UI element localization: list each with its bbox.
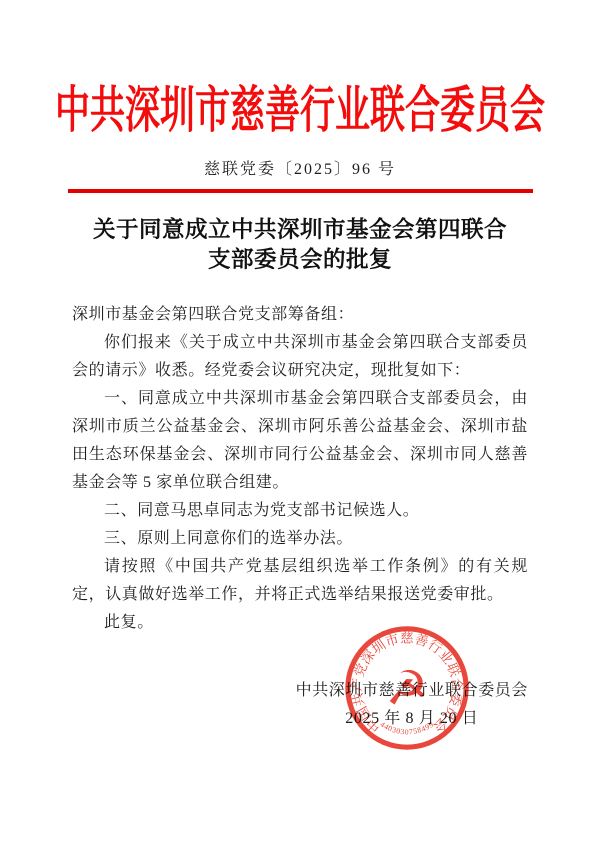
paragraph-item-2: 二、同意马思卓同志为党支部书记候选人。 [72,497,528,525]
signature-org-name: 中共深圳市慈善行业联合委员会 [296,677,528,705]
paragraph-instruction: 请按照《中国共产党基层组织选举工作条例》的有关规定，认真做好选举工作，并将正式选… [72,553,528,609]
official-document-page: 中共深圳市慈善行业联合委员会 慈联党委〔2025〕96 号 关于同意成立中共深圳… [0,0,600,848]
document-body: 深圳市基金会第四联合党支部筹备组： 你们报来《关于成立中共深圳市基金会第四联合支… [72,301,528,637]
salutation: 深圳市基金会第四联合党支部筹备组： [72,301,528,329]
paragraph-intro: 你们报来《关于成立中共深圳市基金会第四联合支部委员会的请示》收悉。经党委会议研究… [72,329,528,385]
paragraph-item-1: 一、同意成立中共深圳市基金会第四联合支部委员会，由深圳市质兰公益基金会、深圳市阿… [72,385,528,497]
document-title: 关于同意成立中共深圳市基金会第四联合 支部委员会的批复 [0,215,600,275]
issuing-org-title: 中共深圳市慈善行业联合委员会 [55,74,545,146]
red-divider-rule [68,189,533,193]
paragraph-closing: 此复。 [72,609,528,637]
document-title-line1: 关于同意成立中共深圳市基金会第四联合 [0,215,600,245]
paragraph-item-3: 三、原则上同意你们的选举办法。 [72,525,528,553]
signature-date: 2025 年 8 月 20 日 [296,705,528,733]
letterhead: 中共深圳市慈善行业联合委员会 [0,74,600,146]
document-number: 慈联党委〔2025〕96 号 [0,160,600,180]
signature-block: 中共深圳市慈善行业联合委员会 2025 年 8 月 20 日 [0,677,528,733]
document-title-line2: 支部委员会的批复 [0,245,600,275]
